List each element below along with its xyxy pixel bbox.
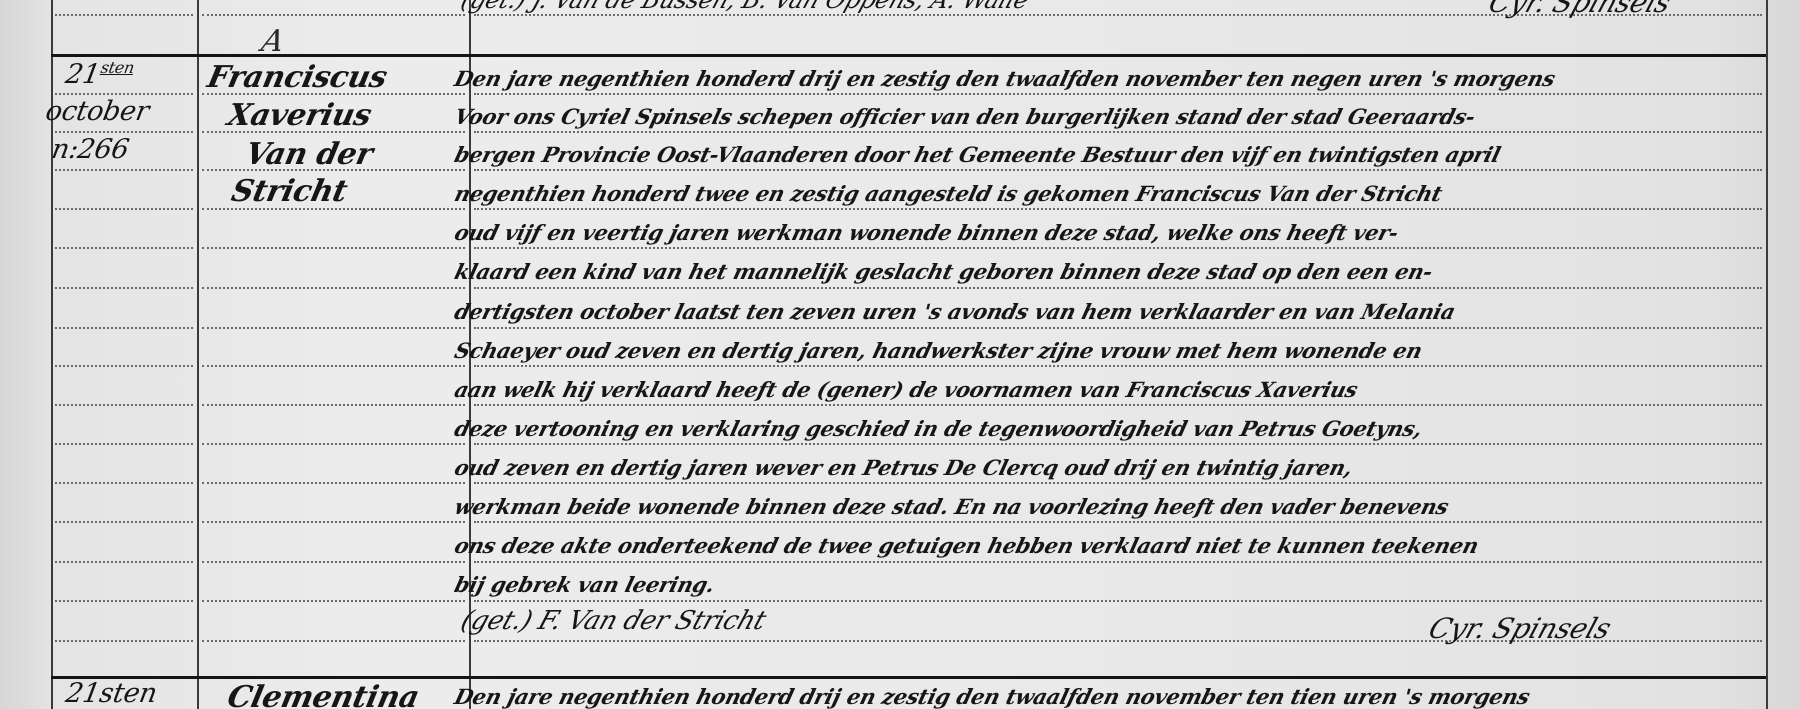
ruled-line bbox=[202, 600, 465, 602]
ruled-line bbox=[474, 561, 1762, 563]
next-entry-name-fragment: Clementina bbox=[224, 680, 422, 709]
ruled-line bbox=[55, 521, 193, 523]
ruled-line bbox=[202, 404, 465, 406]
ruled-line bbox=[55, 14, 193, 16]
record-line: negenthien honderd twee en zestig aanges… bbox=[452, 181, 1445, 206]
record-line: oud zeven en dertig jaren wever en Petru… bbox=[452, 455, 1355, 480]
record-line: bergen Provincie Oost-Vlaanderen door he… bbox=[452, 142, 1503, 167]
entry-name-prefix: Van der bbox=[242, 137, 375, 172]
ruled-line bbox=[474, 443, 1762, 445]
ruled-line bbox=[55, 561, 193, 563]
ruled-line bbox=[202, 640, 465, 642]
ruled-line bbox=[202, 14, 465, 16]
ruled-line bbox=[55, 287, 193, 289]
ruled-line bbox=[55, 327, 193, 329]
ruled-line bbox=[55, 208, 193, 210]
ruled-line bbox=[55, 365, 193, 367]
entry-name-surname: Stricht bbox=[228, 174, 350, 209]
record-line: dertigsten october laatst ten zeven uren… bbox=[452, 299, 1458, 324]
previous-witness-line: (get.) J. Van de Bussen, B. Van Oppens, … bbox=[457, 0, 1032, 14]
record-line: Den jare negenthien honderd drij en zest… bbox=[452, 66, 1558, 91]
ruled-line bbox=[55, 482, 193, 484]
ruled-line bbox=[55, 131, 193, 133]
ruled-line bbox=[474, 93, 1762, 95]
entry-date-day-number: 21 bbox=[63, 59, 102, 90]
column-rule-date-name bbox=[197, 0, 199, 709]
record-line: deze vertooning en verklaring geschied i… bbox=[452, 416, 1425, 441]
record-line: oud vijf en veertig jaren werkman wonend… bbox=[452, 220, 1401, 245]
ruled-line bbox=[474, 600, 1762, 602]
ruled-line bbox=[55, 640, 193, 642]
column-rule-right bbox=[1766, 0, 1768, 709]
ruled-line bbox=[202, 561, 465, 563]
entry-date-day-suffix: sten bbox=[99, 58, 136, 77]
record-line: ons deze akte onderteekend de twee getui… bbox=[452, 533, 1481, 558]
ruled-line bbox=[202, 287, 465, 289]
previous-official-signature: Cyr. Spinsels bbox=[1485, 0, 1676, 19]
entry-separator-bottom bbox=[51, 676, 1766, 679]
ruled-line bbox=[202, 247, 465, 249]
entry-name-first: Franciscus bbox=[204, 60, 390, 95]
ruled-line bbox=[474, 169, 1762, 171]
ruled-line bbox=[55, 93, 193, 95]
record-line: werkman beide wonende binnen deze stad. … bbox=[452, 494, 1451, 519]
record-line: klaard een kind van het mannelijk geslac… bbox=[452, 259, 1435, 284]
ruled-line bbox=[474, 327, 1762, 329]
next-entry-date-fragment: 21sten bbox=[63, 678, 159, 709]
ruled-line bbox=[474, 287, 1762, 289]
ruled-line bbox=[202, 443, 465, 445]
ruled-line bbox=[202, 521, 465, 523]
ruled-line bbox=[474, 482, 1762, 484]
entry-number-value: 266 bbox=[75, 134, 131, 165]
entry-date-day: 21sten bbox=[63, 58, 136, 90]
ruled-line bbox=[474, 131, 1762, 133]
entry-number: n:266 bbox=[49, 134, 131, 165]
entry-name-second: Xaverius bbox=[224, 98, 374, 133]
ruled-line bbox=[474, 208, 1762, 210]
ruled-line bbox=[55, 600, 193, 602]
record-line: bij gebrek van leering. bbox=[452, 572, 717, 597]
ruled-line bbox=[202, 482, 465, 484]
ruled-line bbox=[55, 247, 193, 249]
ruled-line bbox=[202, 365, 465, 367]
ruled-line bbox=[474, 365, 1762, 367]
entry-date-month: october bbox=[43, 96, 151, 127]
record-line: Schaeyer oud zeven en dertig jaren, hand… bbox=[452, 338, 1425, 363]
record-line: aan welk hij verklaard heeft de (gener) … bbox=[452, 377, 1360, 402]
declarant-signature: (get.) F. Van der Stricht bbox=[457, 606, 769, 636]
ruled-line bbox=[202, 327, 465, 329]
record-line: Voor ons Cyriel Spinsels schepen officie… bbox=[452, 104, 1478, 129]
register-page: (get.) J. Van de Bussen, B. Van Oppens, … bbox=[0, 0, 1800, 709]
ruled-line bbox=[55, 443, 193, 445]
ruled-line bbox=[55, 169, 193, 171]
next-entry-text-fragment: Den jare negenthien honderd drij en zest… bbox=[452, 684, 1532, 709]
ruled-line bbox=[55, 404, 193, 406]
entry-separator-top bbox=[51, 54, 1766, 57]
official-signature: Cyr. Spinsels bbox=[1425, 612, 1616, 645]
ruled-line bbox=[474, 247, 1762, 249]
ruled-line bbox=[474, 521, 1762, 523]
ruled-line bbox=[474, 404, 1762, 406]
